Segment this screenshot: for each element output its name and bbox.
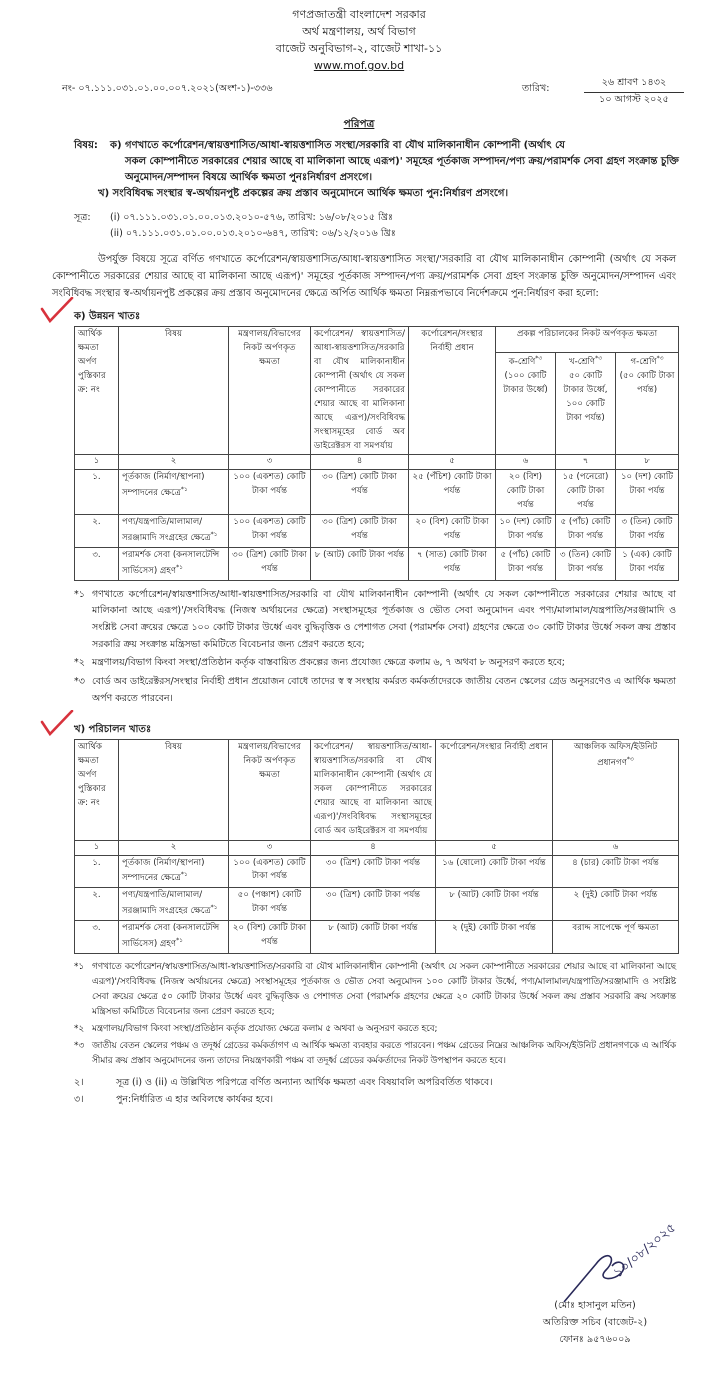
signature-block: (মোঃ হাসানুল মতিন) অতিরিক্ত সচিব (বাজেট-…	[510, 1298, 680, 1348]
header-class-ga: গ-শ্রেণি*৩(৫০ কোটি টাকা পর্যন্ত)	[616, 353, 679, 455]
subject-a-first: ক) গণখাতে কর্পোরেশন/স্বায়ত্তশাসিত/আধা-স…	[110, 140, 565, 151]
table-row: ২. পণ্য/যন্ত্রপাতি/মালামাল/ সরঞ্জামাদি স…	[75, 515, 679, 548]
header-class-kha: খ-শ্রেণি*৩৫০ কোটি টাকার উর্ধ্বে, ১০০ কোট…	[556, 353, 616, 455]
section-b-heading: খ) পরিচালন খাতঃ	[74, 722, 686, 738]
column-number-row: ১২৩৪ ৫৬৭৮	[75, 455, 679, 470]
footnote: *১গণখাতে কর্পোরেশন/স্বায়ত্তশাসিত/আধা-স্…	[74, 587, 676, 654]
intro-paragraph: উপর্যুক্ত বিষয়ে সূত্রে বর্ণিত গণখাতে কর…	[52, 251, 676, 302]
signatory-name: (মোঃ হাসানুল মতিন)	[510, 1298, 680, 1315]
ministry-name: অর্থ মন্ত্রণালয়, অর্থ বিভাগ	[32, 23, 686, 40]
footnote: *২মন্ত্রণালয়/বিভাগ কিংবা সংস্থা/প্রতিষ্…	[74, 655, 676, 672]
table-row: ৩. পরামর্শক সেবা (কনসালটেন্সি সার্ভিসেস)…	[75, 920, 679, 953]
section-b-notes: *১গণখাতে কর্পোরেশন/স্বায়ত্তশাসিত/আধা-স্…	[74, 960, 676, 1070]
table-row: ২. পণ্য/যন্ত্রপাতি/মালামাল/ সরঞ্জামাদি স…	[75, 888, 679, 921]
table-row: ১. পূর্তকাজ (নির্মাণ/স্থাপনা) সম্পাদনের …	[75, 470, 679, 515]
column-number-row: ১২৩ ৪৫৬	[75, 840, 679, 855]
section-a-title: ক) উন্নয়ন খাতঃ	[74, 311, 140, 322]
header-class-ka: ক-শ্রেণি*৩(১০০ কোটি টাকার উর্ধ্বে)	[496, 353, 556, 455]
footnote: *৩বোর্ড অব ডাইরেক্টরস/সংস্থার নির্বাহী প…	[74, 674, 676, 707]
signatory-phone: ফোনঃ ৯৫৭৬০০৯	[510, 1332, 680, 1349]
subject-b: খ) সংবিধিবদ্ধ সংস্থার স্ব-অর্থায়নপুষ্ট …	[98, 186, 686, 202]
paragraph-3: ৩।পুন:নির্ধারিত এ হার অবিলম্বে কার্যকর হ…	[74, 1091, 686, 1109]
reference-item: (ii) ০৭.১১১.০৩১.০১.০০.০১৩.২০১০-৬৪৭, তারি…	[110, 226, 686, 243]
table-row: ৩. পরামর্শক সেবা (কনসালটেন্সি সার্ভিসেস)…	[75, 547, 679, 580]
memo-date: ২৬ শ্রাবণ ১৪৩২ ১০ আগস্ট ২০২৫	[584, 76, 684, 108]
signature-scribble-icon: ১০/০৮/২০২৫	[556, 1218, 686, 1308]
header-executive: কর্পোরেশন/সংস্থার নির্বাহী প্রধান	[436, 740, 553, 840]
development-sector-table: আর্থিক ক্ষমতা অর্পণ পুস্তিকার ক্র: নং বি…	[74, 326, 679, 580]
memo-number: নং- ০৭.১১১.০৩১.০১.০০.০০৭.২০২১(অংশ-১)-৩৩৬	[62, 82, 273, 97]
reference-item: (i) ০৭.১১১.০৩১.০১.০০.০১৩.২০১০-৫৭৬, তারিখ…	[110, 210, 686, 227]
references-label: সূত্র:	[74, 210, 91, 227]
division-branch: বাজেট অনুবিভাগ-২, বাজেট শাখা-১১	[32, 40, 686, 57]
letterhead: গণপ্রজাতন্ত্রী বাংলাদেশ সরকার অর্থ মন্ত্…	[32, 0, 686, 74]
subject-a-rest: সকল কোম্পানীতে সরকারের শেয়ার আছে বা মাল…	[110, 154, 686, 186]
references-block: সূত্র: (i) ০৭.১১১.০৩১.০১.০০.০১৩.২০১০-৫৭৬…	[32, 210, 686, 244]
subject-a: ক) গণখাতে কর্পোরেশন/স্বায়ত্তশাসিত/আধা-স…	[110, 138, 686, 185]
check-mark-icon	[40, 710, 74, 736]
section-b-title: খ) পরিচালন খাতঃ	[74, 724, 151, 735]
svg-text:১০/০৮/২০২৫: ১০/০৮/২০২৫	[611, 1221, 679, 1282]
table-row: ১. পূর্তকাজ (নির্মাণ/স্থাপনা) সম্পাদনের …	[75, 855, 679, 888]
header-subject: বিষয়	[119, 740, 229, 840]
date-label: তারিখ:	[522, 82, 550, 97]
paragraph-2: ২।সূত্র (i) ও (ii) এ উল্লিখিত পরিপত্রে ব…	[74, 1074, 686, 1092]
government-name: গণপ্রজাতন্ত্রী বাংলাদেশ সরকার	[32, 6, 686, 23]
header-ministry: মন্ত্রণালয়/বিভাগের নিকট অর্পণকৃত ক্ষমতা	[229, 740, 311, 840]
signatory-designation: অতিরিক্ত সচিব (বাজেট-২)	[510, 1315, 680, 1332]
section-a-notes: *১গণখাতে কর্পোরেশন/স্বায়ত্তশাসিত/আধা-স্…	[74, 587, 676, 708]
check-mark-icon	[40, 297, 74, 323]
header-serial: আর্থিক ক্ষমতা অর্পণ পুস্তিকার ক্র: নং	[75, 740, 119, 840]
subject-label: বিষয়:	[74, 138, 98, 154]
subject-block: বিষয়: ক) গণখাতে কর্পোরেশন/স্বায়ত্তশাসি…	[32, 138, 686, 201]
memo-row: নং- ০৭.১১১.০৩১.০১.০০.০০৭.২০২১(অংশ-১)-৩৩৬…	[32, 78, 686, 114]
header-board: কর্পোরেশন/ স্বায়ত্তশাসিত/আধা-স্বায়ত্তশ…	[311, 327, 409, 455]
operating-sector-table: আর্থিক ক্ষমতা অর্পণ পুস্তিকার ক্র: নং বি…	[74, 739, 679, 953]
section-a-heading: ক) উন্নয়ন খাতঃ	[74, 309, 686, 325]
header-regional-office: আঞ্চলিক অফিস/ইউনিট প্রধানগণ*৩	[553, 740, 679, 840]
document-title: পরিপত্র	[32, 116, 686, 132]
date-gregorian: ১০ আগস্ট ২০২৫	[584, 93, 684, 108]
header-ministry: মন্ত্রণালয়/বিভাগের নিকট অর্পণকৃত ক্ষমতা	[229, 327, 311, 455]
circular-document: গণপ্রজাতন্ত্রী বাংলাদেশ সরকার অর্থ মন্ত্…	[0, 0, 706, 1392]
header-subject: বিষয়	[119, 327, 229, 455]
date-bangla: ২৬ শ্রাবণ ১৪৩২	[584, 76, 684, 93]
header-board: কর্পোরেশন/ স্বায়ত্তশাসিত/আধা-স্বায়ত্তশ…	[311, 740, 436, 840]
website-link[interactable]: www.mof.gov.bd	[32, 57, 686, 74]
header-project-director: প্রকল্প পরিচালকের নিকট অর্পণকৃত ক্ষমতা	[496, 327, 679, 353]
footnote: *১গণখাতে কর্পোরেশন/স্বায়ত্তশাসিত/আধা-স্…	[74, 960, 676, 1021]
closing-paragraphs: ২।সূত্র (i) ও (ii) এ উল্লিখিত পরিপত্রে ব…	[74, 1074, 686, 1110]
header-executive: কর্পোরেশন/সংস্থার নির্বাহী প্রধান	[409, 327, 496, 455]
footnote: *২মন্ত্রণালয়/বিভাগ কিংবা সংস্থা/প্রতিষ্…	[74, 1022, 676, 1037]
footnote: *৩জাতীয় বেতন স্কেলের পঞ্চম ও তদূর্ধ্ব গ…	[74, 1039, 676, 1069]
header-serial: আর্থিক ক্ষমতা অর্পণ পুস্তিকার ক্র: নং	[75, 327, 119, 455]
